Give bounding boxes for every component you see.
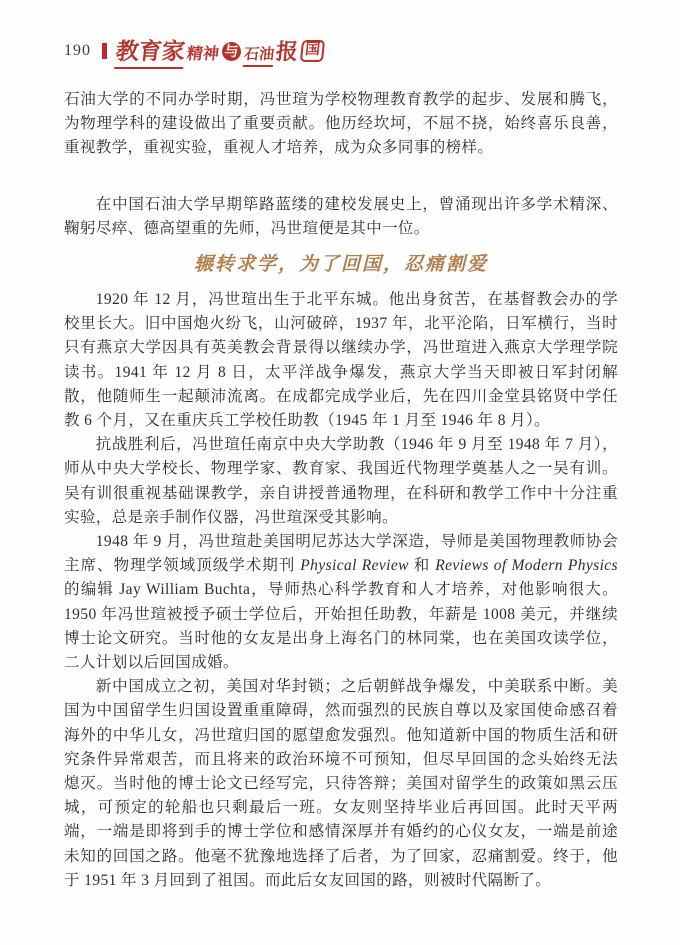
logo-connector-badge: 与 bbox=[222, 42, 241, 61]
book-title-logo: 教育家 精神 与 石油 报 国 bbox=[116, 33, 324, 69]
book-page: 190 教育家 精神 与 石油 报 国 石油大学的不同办学时期，冯世瑄为学校物理… bbox=[0, 0, 680, 945]
paragraph-early-life: 1920 年 12 月，冯世瑄出生于北平东城。他出身贫苦，在基督教会办的学校里长… bbox=[64, 288, 618, 433]
logo-text-guo-boxed: 国 bbox=[300, 40, 325, 62]
logo-text-shiyou: 石油 bbox=[243, 43, 276, 67]
paragraph-usa-study-segment: 的编辑 Jay William Buchta，导师热心科学教育和人才培养，对他影… bbox=[64, 581, 618, 671]
paragraph-usa-study: 1948 年 9 月，冯世瑄赴美国明尼苏达大学深造，导师是美国物理教师协会主席、… bbox=[64, 530, 618, 675]
logo-text-jiaoyujia: 教育家 bbox=[114, 33, 187, 69]
journal-name-physical-review: Physical Review bbox=[300, 557, 409, 574]
paragraph-pioneers: 在中国石油大学早期筚路蓝缕的建校发展史上，曾涌现出许多学术精深、鞠躬尽瘁、德高望… bbox=[64, 193, 618, 241]
journal-name-reviews-of-modern-physics: Reviews of Modern Physics bbox=[435, 557, 618, 574]
paragraph-return-to-china: 新中国成立之初，美国对华封锁；之后朝鲜战争爆发，中美联系中断。美国为中国留学生归… bbox=[64, 675, 618, 893]
logo-text-bao: 报 bbox=[274, 35, 299, 66]
page-content: 石油大学的不同办学时期，冯世瑄为学校物理教育教学的起步、发展和腾飞，为物理学科的… bbox=[64, 88, 618, 893]
paragraph-usa-study-segment: 和 bbox=[409, 557, 435, 574]
header-divider-bar bbox=[102, 43, 107, 59]
paragraph-central-university: 抗战胜利后，冯世瑄任南京中央大学助教（1946 年 9 月至 1948 年 7 … bbox=[64, 433, 618, 530]
page-header: 190 教育家 精神 与 石油 报 国 bbox=[64, 34, 618, 68]
logo-text-jingshen: 精神 bbox=[186, 41, 220, 64]
page-number: 190 bbox=[64, 42, 91, 60]
paragraph-intro: 石油大学的不同办学时期，冯世瑄为学校物理教育教学的起步、发展和腾飞，为物理学科的… bbox=[64, 88, 618, 161]
section-heading: 辗转求学，为了回国，忍痛割爱 bbox=[64, 250, 618, 280]
